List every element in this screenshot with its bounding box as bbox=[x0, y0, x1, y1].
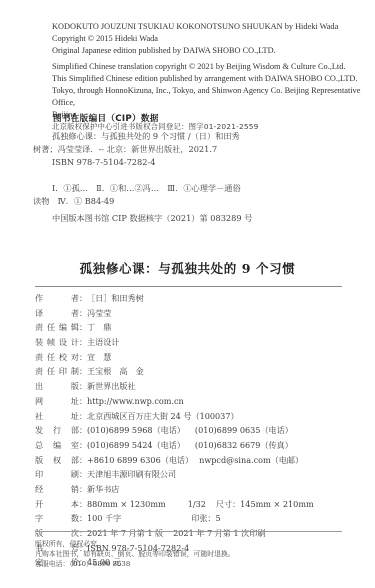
credit-label: 出 版 bbox=[35, 379, 79, 394]
credit-value: 王宝根 高 金 bbox=[87, 364, 144, 379]
original-title-line: KODOKUTO JOUZUNI TSUKIAU KOKONOTSUNO SHU… bbox=[52, 21, 372, 33]
colon: ： bbox=[79, 511, 87, 526]
colon: ： bbox=[79, 350, 87, 365]
credit-value: 880mm × 1230mm1/32尺寸：145mm × 210mm bbox=[87, 497, 314, 512]
divider-top bbox=[35, 286, 342, 287]
colon: ： bbox=[79, 291, 87, 306]
copyright-page: KODOKUTO JOUZUNI TSUKIAU KOKONOTSUNO SHU… bbox=[0, 0, 375, 588]
phone: (010)6899 5424（电话） bbox=[87, 440, 185, 450]
cip-class-line-1: Ⅰ．①孤… Ⅱ．①和…②冯… Ⅲ．①心理学－通俗 bbox=[33, 182, 353, 195]
credits-table: 作 者 ： ［日］和田秀树 译 者 ： 冯莹莹 责 任 编 辑 ： 丁 鼎 bbox=[35, 291, 355, 570]
label-char: 版 bbox=[71, 379, 79, 394]
rights-notice: 版权所有，侵权必究 bbox=[35, 539, 355, 549]
phone-1: (010)6899 5968（电话） bbox=[87, 425, 185, 435]
credit-row-translator: 译 者 ： 冯莹莹 bbox=[35, 306, 355, 321]
label-char: 数 bbox=[71, 511, 79, 526]
credit-row-address: 社 址 ： 北京西城区百万庄大街 24 号（100037） bbox=[35, 409, 355, 424]
label-char: 任 bbox=[47, 350, 55, 365]
credit-value: 100 千字印张：5 bbox=[87, 511, 221, 526]
label-char: 开 bbox=[35, 497, 43, 512]
label-char: 辑 bbox=[71, 320, 79, 335]
credit-value: ［日］和田秀树 bbox=[87, 291, 144, 306]
credit-value: 丁 鼎 bbox=[87, 320, 111, 335]
credit-row-design: 装 帧 设 计 ： 主语设计 bbox=[35, 335, 355, 350]
fax: (010)6832 6679（传真） bbox=[195, 440, 293, 450]
credit-label: 责 任 编 辑 bbox=[35, 320, 79, 335]
label-char: 者 bbox=[71, 291, 79, 306]
credit-row-website: 网 址 ： http://www.nwp.com.cn bbox=[35, 394, 355, 409]
divider-bottom bbox=[35, 531, 342, 532]
arrangement-line: This Simplified Chinese edition publishe… bbox=[52, 73, 372, 85]
cip-class-line-2: 读物 Ⅳ．① B84-49 bbox=[33, 195, 353, 208]
cip-heading: 图书在版编目（CIP）数据 bbox=[53, 112, 159, 124]
return-policy: 凡购本社图书，如有缺页、倒页、脱页等印装错误，可随时退换。 bbox=[35, 549, 355, 559]
credit-row-print-supervisor: 责 任 印 制 ： 王宝根 高 金 bbox=[35, 364, 355, 379]
credit-value: 新华书店 bbox=[87, 482, 119, 497]
label-char: 室 bbox=[71, 438, 79, 453]
label-char: 对 bbox=[71, 350, 79, 365]
cip-entry: 孤独修心课：与孤独共处的 9 个习惯 /（日）和田秀 树著；冯莹莹译．-- 北京… bbox=[33, 130, 353, 169]
colon: ： bbox=[79, 364, 87, 379]
translation-copyright-line: Simplified Chinese translation copyright… bbox=[52, 61, 372, 73]
label-char: 址 bbox=[71, 394, 79, 409]
label-char: 印 bbox=[59, 364, 67, 379]
original-publisher-line: Original Japanese edition published by D… bbox=[52, 45, 372, 57]
label-char: 作 bbox=[35, 291, 43, 306]
phone-2: (010)6899 0635（电话） bbox=[195, 425, 293, 435]
printed-sheets: 印张：5 bbox=[191, 513, 220, 523]
credit-row-author: 作 者 ： ［日］和田秀树 bbox=[35, 291, 355, 306]
credit-label: 作 者 bbox=[35, 291, 79, 306]
credit-value: +8610 6899 6306（电话）nwpcd@sina.com（电邮） bbox=[87, 453, 303, 468]
edition: 2021 年 7 月第 1 版 bbox=[87, 528, 163, 538]
label-char: 部 bbox=[71, 453, 79, 468]
credit-value: (010)6899 5968（电话）(010)6899 0635（电话） bbox=[87, 423, 293, 438]
credit-label: 责 任 印 制 bbox=[35, 364, 79, 379]
credit-value: 冯莹莹 bbox=[87, 306, 111, 321]
cip-classification: Ⅰ．①孤… Ⅱ．①和…②冯… Ⅲ．①心理学－通俗 读物 Ⅳ．① B84-49 bbox=[33, 182, 353, 208]
cip-core-data: 中国版本图书馆 CIP 数据核字（2021）第 083289 号 bbox=[52, 213, 252, 224]
label-char: 网 bbox=[35, 394, 43, 409]
paper-size: 880mm × 1230mm bbox=[87, 499, 166, 509]
credit-value: 新世界出版社 bbox=[87, 379, 136, 394]
cip-entry-line-1: 孤独修心课：与孤独共处的 9 个习惯 /（日）和田秀 bbox=[33, 130, 353, 143]
label-char: 装 bbox=[35, 335, 43, 350]
label-char: 者 bbox=[71, 306, 79, 321]
label-char: 任 bbox=[47, 364, 55, 379]
credit-row-copyright-dept: 版 权 部 ： +8610 6899 6306（电话）nwpcd@sina.co… bbox=[35, 453, 355, 468]
label-char: 本 bbox=[71, 497, 79, 512]
label-char: 印 bbox=[35, 467, 43, 482]
label-char: 销 bbox=[71, 482, 79, 497]
credit-value: 北京西城区百万庄大街 24 号（100037） bbox=[87, 409, 239, 424]
colon: ： bbox=[79, 306, 87, 321]
colon: ： bbox=[79, 335, 87, 350]
cip-entry-line-2: 树著；冯莹莹译．-- 北京：新世界出版社，2021.7 bbox=[33, 143, 353, 156]
colon: ： bbox=[79, 438, 87, 453]
colon: ： bbox=[79, 394, 87, 409]
credit-value: (010)6899 5424（电话）(010)6832 6679（传真） bbox=[87, 438, 293, 453]
credit-label: 印 刷 bbox=[35, 467, 79, 482]
credit-label: 译 者 bbox=[35, 306, 79, 321]
credit-row-format: 开 本 ： 880mm × 1230mm1/32尺寸：145mm × 210mm bbox=[35, 497, 355, 512]
credit-row-proofreader: 责 任 校 对 ： 宣 慧 bbox=[35, 350, 355, 365]
colon: ： bbox=[79, 409, 87, 424]
label-char: 计 bbox=[71, 335, 79, 350]
credit-label: 版 权 部 bbox=[35, 453, 79, 468]
label-char: 发 bbox=[35, 423, 43, 438]
credit-value: 天津旭丰源印刷有限公司 bbox=[87, 467, 176, 482]
label-char: 任 bbox=[47, 320, 55, 335]
credit-value: 宣 慧 bbox=[87, 350, 111, 365]
label-char: 总 bbox=[35, 438, 43, 453]
label-char: 行 bbox=[53, 423, 61, 438]
credit-label: 责 任 校 对 bbox=[35, 350, 79, 365]
colon: ： bbox=[79, 320, 87, 335]
agency-line: Tokyo, through HonnoKizuna, Inc., Tokyo,… bbox=[52, 85, 372, 109]
label-char: 责 bbox=[35, 364, 43, 379]
colon: ： bbox=[79, 423, 87, 438]
label-char: 社 bbox=[35, 409, 43, 424]
label-char: 校 bbox=[59, 350, 67, 365]
colon: ： bbox=[79, 497, 87, 512]
credit-label: 总 编 室 bbox=[35, 438, 79, 453]
label-char: 责 bbox=[35, 320, 43, 335]
credit-label: 经 销 bbox=[35, 482, 79, 497]
trim-size: 尺寸：145mm × 210mm bbox=[216, 499, 314, 509]
label-char: 设 bbox=[59, 335, 67, 350]
phone: +8610 6899 6306（电话） bbox=[87, 455, 193, 465]
label-char: 版 bbox=[35, 453, 43, 468]
label-char: 部 bbox=[71, 423, 79, 438]
cip-isbn: ISBN 978-7-5104-7282-4 bbox=[33, 156, 353, 169]
copyright-line: Copyright © 2015 Hideki Wada bbox=[52, 33, 372, 45]
colon: ： bbox=[79, 467, 87, 482]
colon: ： bbox=[79, 379, 87, 394]
website-link[interactable]: http://www.nwp.com.cn bbox=[87, 394, 184, 409]
book-title: 孤独修心课：与孤独共处的 9 个习惯 bbox=[0, 259, 375, 277]
label-char: 责 bbox=[35, 350, 43, 365]
label-char: 编 bbox=[53, 438, 61, 453]
format-fraction: 1/32 bbox=[188, 499, 206, 509]
credit-label: 开 本 bbox=[35, 497, 79, 512]
customer-service-phone: 客服电话：（010）6899 8638 bbox=[35, 559, 355, 569]
credit-row-printer: 印 刷 ： 天津旭丰源印刷有限公司 bbox=[35, 467, 355, 482]
label-char: 译 bbox=[35, 306, 43, 321]
credit-value: 主语设计 bbox=[87, 335, 119, 350]
credit-label: 网 址 bbox=[35, 394, 79, 409]
label-char: 出 bbox=[35, 379, 43, 394]
label-char: 制 bbox=[71, 364, 79, 379]
credit-row-editorial-office: 总 编 室 ： (010)6899 5424（电话）(010)6832 6679… bbox=[35, 438, 355, 453]
colon: ： bbox=[79, 453, 87, 468]
colon: ： bbox=[79, 482, 87, 497]
label-char: 权 bbox=[53, 453, 61, 468]
label-char: 刷 bbox=[71, 467, 79, 482]
credit-row-publisher: 出 版 ： 新世界出版社 bbox=[35, 379, 355, 394]
credit-label: 发 行 部 bbox=[35, 423, 79, 438]
credit-label: 装 帧 设 计 bbox=[35, 335, 79, 350]
label-char: 址 bbox=[71, 409, 79, 424]
label-char: 编 bbox=[59, 320, 67, 335]
label-char: 字 bbox=[35, 511, 43, 526]
credit-label: 社 址 bbox=[35, 409, 79, 424]
email-link[interactable]: nwpcd@sina.com（电邮） bbox=[199, 455, 303, 465]
label-char: 经 bbox=[35, 482, 43, 497]
word-count: 100 千字 bbox=[87, 513, 121, 523]
credit-row-word-count: 字 数 ： 100 千字印张：5 bbox=[35, 511, 355, 526]
printing: 2021 年 7 月第 1 次印刷 bbox=[173, 528, 265, 538]
footer-notes: 版权所有，侵权必究 凡购本社图书，如有缺页、倒页、脱页等印装错误，可随时退换。 … bbox=[35, 539, 355, 570]
credit-label: 字 数 bbox=[35, 511, 79, 526]
credit-row-distributor: 经 销 ： 新华书店 bbox=[35, 482, 355, 497]
label-char: 帧 bbox=[47, 335, 55, 350]
credit-row-distribution: 发 行 部 ： (010)6899 5968（电话）(010)6899 0635… bbox=[35, 423, 355, 438]
credit-row-editor: 责 任 编 辑 ： 丁 鼎 bbox=[35, 320, 355, 335]
